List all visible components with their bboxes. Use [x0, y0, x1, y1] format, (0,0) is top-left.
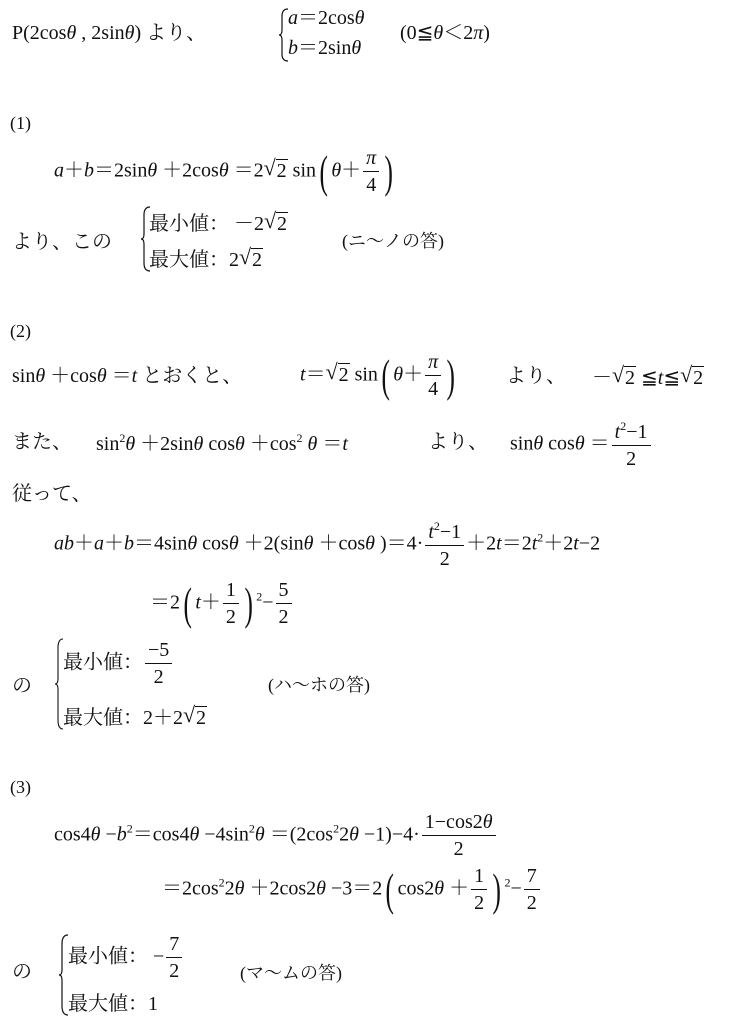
part2-line1-range: －2 ≦t≦2 [592, 366, 704, 388]
part2-min: 最小値：−52 [63, 640, 174, 688]
part2-eq1: ab＋a＋b＝4sinθ cosθ ＋2(sinθ ＋cosθ )＝4·t2−1… [54, 520, 600, 570]
part3-note: (マ〜ムの答) [240, 964, 342, 982]
system-a: a＝2cosθ [288, 8, 365, 28]
part2-therefore: 従って、 [12, 484, 92, 504]
part1-note: (ニ〜ノの答) [342, 232, 444, 250]
part2-line1-yori: より、 [506, 366, 566, 386]
part3-label: (3) [10, 778, 31, 796]
part2-line2-yori: より、 [428, 432, 488, 452]
part2-line2-mata: また、 [12, 432, 72, 452]
part2-note: (ハ〜ホの答) [268, 676, 370, 694]
part3-min: 最小値： −72 [68, 934, 184, 982]
part1-equation: a＋b＝2sinθ ＋2cosθ ＝22 sin(θ＋π4) [54, 148, 397, 196]
part2-line2-result: sinθ cosθ ＝t2−12 [510, 420, 653, 470]
part2-line2-expr: sin2θ ＋2sinθ cosθ ＋cos2 θ ＝t [96, 432, 348, 454]
system-b: b＝2sinθ [288, 38, 361, 58]
intro-range: (0≦θ＜2π) [400, 23, 490, 43]
part2-max: 最大値：2＋22 [63, 706, 207, 728]
part1-label: (1) [10, 114, 31, 132]
part3-eq2: ＝2cos22θ ＋2cos2θ −3＝2(cos2θ ＋12)2−72 [162, 866, 542, 914]
part2-line1-mid: t＝2 sin(θ＋π4) [300, 352, 458, 400]
intro-point: P(2cosθ , 2sinθ) より、 [12, 23, 206, 43]
part3-lead: の [12, 962, 32, 982]
part1-max: 最大値：22 [149, 248, 263, 270]
part3-max: 最大値：1 [68, 994, 158, 1014]
part2-label: (2) [10, 322, 31, 340]
part2-eq2: ＝2(t＋12)2−52 [150, 580, 294, 628]
part3-eq1: cos4θ −b2＝cos4θ −4sin2θ ＝(2cos22θ −1)−4·… [54, 812, 498, 860]
part2-line1-left: sinθ ＋cosθ ＝t とおくと、 [12, 366, 242, 386]
part1-min: 最小値： －22 [149, 212, 288, 234]
part2-lead: の [12, 676, 32, 696]
part1-lead: より、この [12, 232, 112, 252]
